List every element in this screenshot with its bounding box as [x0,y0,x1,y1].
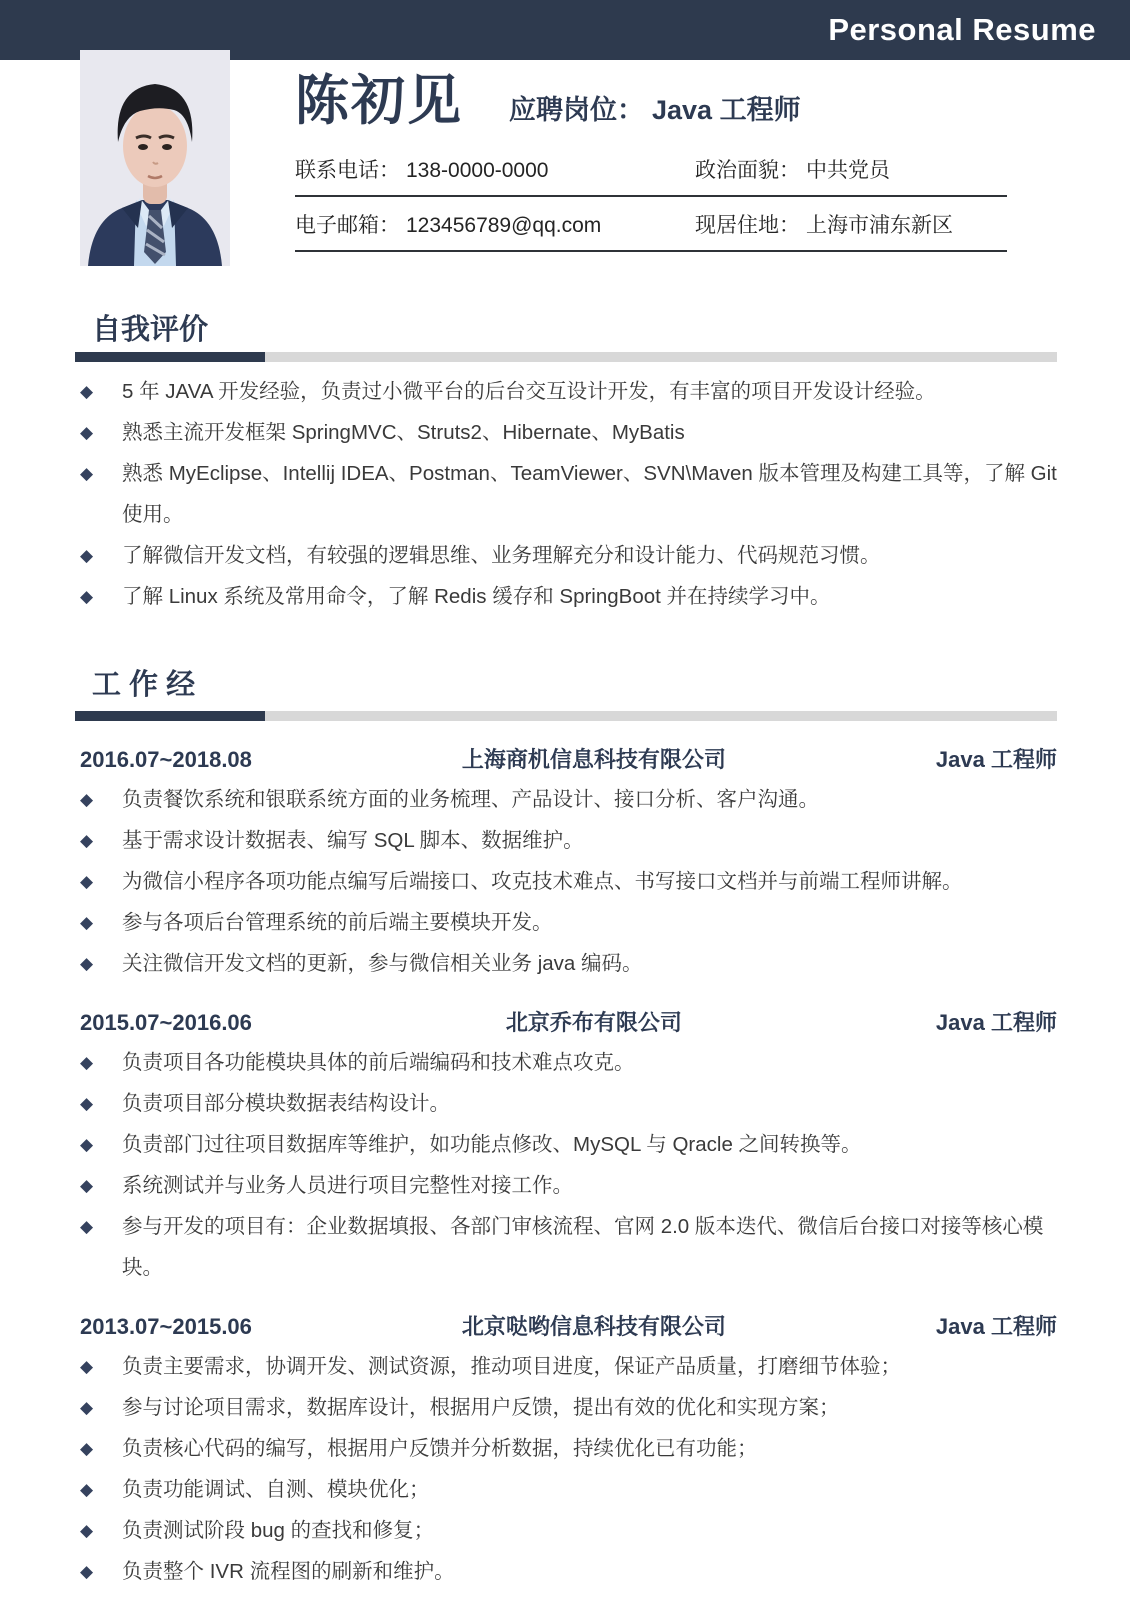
bullet-text: 负责项目各功能模块具体的前后端编码和技术难点攻克。 [122,1051,635,1074]
job-company: 上海商机信息科技有限公司 [462,747,726,773]
job-position: Java 工程师 [936,747,1057,773]
bullet-text: 负责核心代码的编写，根据用户反馈并分析数据，持续优化已有功能； [122,1437,758,1460]
contact-value: 中共党员 [806,159,890,182]
bullet-text: 参与各项后台管理系统的前后端主要模块开发。 [122,911,553,934]
bullet-text: 负责部门过往项目数据库等维护，如功能点修改、MySQL 与 Qracle 之间转… [122,1133,862,1156]
apply-position-value: Java 工程师 [652,95,801,125]
section-title: 工 作 经 [75,669,1057,702]
contact-value: 上海市浦东新区 [806,214,953,237]
list-item: ◆熟悉 MyEclipse、Intellij IDEA、Postman、Team… [75,453,1057,535]
banner-title: Personal Resume [828,12,1096,48]
job-entry: 2015.07~2016.06 北京乔布有限公司 Java 工程师 ◆负责项目各… [75,1010,1057,1288]
diamond-bullet-icon: ◆ [80,1551,93,1592]
list-item: ◆负责项目各功能模块具体的前后端编码和技术难点攻克。 [75,1042,1057,1083]
diamond-bullet-icon: ◆ [80,1469,93,1510]
bullet-text: 负责测试阶段 bug 的查找和修复； [122,1519,434,1542]
job-entry: 2016.07~2018.08 上海商机信息科技有限公司 Java 工程师 ◆负… [75,747,1057,984]
job-duty-list: ◆负责餐饮系统和银联系统方面的业务梳理、产品设计、接口分析、客户沟通。 ◆基于需… [75,779,1057,984]
section-title-bar-accent [75,711,265,721]
list-item: ◆基于需求设计数据表、编写 SQL 脚本、数据维护。 [75,820,1057,861]
bullet-text: 熟悉 MyEclipse、Intellij IDEA、Postman、TeamV… [122,462,1057,526]
list-item: ◆参与各项后台管理系统的前后端主要模块开发。 [75,902,1057,943]
bullet-text: 为微信小程序各项功能点编写后端接口、攻克技术难点、书写接口文档并与前端工程师讲解… [122,870,963,893]
section-title-bar [75,352,1057,362]
list-item: ◆5 年 JAVA 开发经验，负责过小微平台的后台交互设计开发，有丰富的项目开发… [75,371,1057,412]
list-item: ◆负责部门过往项目数据库等维护，如功能点修改、MySQL 与 Qracle 之间… [75,1124,1057,1165]
diamond-bullet-icon: ◆ [80,412,93,453]
diamond-bullet-icon: ◆ [80,1428,93,1469]
diamond-bullet-icon: ◆ [80,576,93,617]
bullet-text: 负责主要需求，协调开发、测试资源，推动项目进度，保证产品质量，打磨细节体验； [122,1355,901,1378]
list-item: ◆负责主要需求，协调开发、测试资源，推动项目进度，保证产品质量，打磨细节体验； [75,1346,1057,1387]
job-company: 北京乔布有限公司 [506,1010,682,1036]
section-work-experience-header: 工 作 经 [75,669,1057,721]
job-company: 北京哒哟信息科技有限公司 [462,1314,726,1340]
contact-field-political-status: 政治面貌：中共党员 [695,157,1007,184]
diamond-bullet-icon: ◆ [80,1042,93,1083]
contact-value: 123456789@qq.com [406,214,601,237]
job-duty-list: ◆负责主要需求，协调开发、测试资源，推动项目进度，保证产品质量，打磨细节体验； … [75,1346,1057,1592]
list-item: ◆系统测试并与业务人员进行项目完整性对接工作。 [75,1165,1057,1206]
diamond-bullet-icon: ◆ [80,1510,93,1551]
contact-info: 联系电话：138-0000-0000 政治面貌：中共党员 电子邮箱：123456… [295,152,1007,252]
job-header: 2015.07~2016.06 北京乔布有限公司 Java 工程师 [75,1010,1057,1036]
contact-value: 138-0000-0000 [406,159,548,182]
profile-photo [80,50,230,266]
bullet-text: 参与开发的项目有：企业数据填报、各部门审核流程、官网 2.0 版本迭代、微信后台… [122,1215,1043,1279]
diamond-bullet-icon: ◆ [80,453,93,494]
contact-label: 政治面貌： [695,159,800,182]
bullet-text: 参与讨论项目需求，数据库设计，根据用户反馈，提出有效的优化和实现方案； [122,1396,840,1419]
bullet-text: 5 年 JAVA 开发经验，负责过小微平台的后台交互设计开发，有丰富的项目开发设… [122,380,936,403]
list-item: ◆负责餐饮系统和银联系统方面的业务梳理、产品设计、接口分析、客户沟通。 [75,779,1057,820]
list-item: ◆负责核心代码的编写，根据用户反馈并分析数据，持续优化已有功能； [75,1428,1057,1469]
contact-label: 电子邮箱： [295,214,400,237]
bullet-text: 负责功能调试、自测、模块优化； [122,1478,430,1501]
list-item: ◆参与开发的项目有：企业数据填报、各部门审核流程、官网 2.0 版本迭代、微信后… [75,1206,1057,1288]
diamond-bullet-icon: ◆ [80,779,93,820]
bullet-text: 了解微信开发文档，有较强的逻辑思维、业务理解充分和设计能力、代码规范习惯。 [122,544,881,567]
list-item: ◆关注微信开发文档的更新，参与微信相关业务 java 编码。 [75,943,1057,984]
diamond-bullet-icon: ◆ [80,943,93,984]
bullet-text: 关注微信开发文档的更新，参与微信相关业务 java 编码。 [122,952,643,975]
contact-field-address: 现居住地：上海市浦东新区 [695,212,1007,239]
contact-label: 现居住地： [695,214,800,237]
job-header: 2013.07~2015.06 北京哒哟信息科技有限公司 Java 工程师 [75,1314,1057,1340]
section-title-bar-accent [75,352,265,362]
diamond-bullet-icon: ◆ [80,861,93,902]
bullet-text: 基于需求设计数据表、编写 SQL 脚本、数据维护。 [122,829,584,852]
diamond-bullet-icon: ◆ [80,1124,93,1165]
diamond-bullet-icon: ◆ [80,1346,93,1387]
list-item: ◆负责项目部分模块数据表结构设计。 [75,1083,1057,1124]
diamond-bullet-icon: ◆ [80,371,93,412]
job-position: Java 工程师 [936,1314,1057,1340]
diamond-bullet-icon: ◆ [80,820,93,861]
job-entry: 2013.07~2015.06 北京哒哟信息科技有限公司 Java 工程师 ◆负… [75,1314,1057,1592]
apply-position: 应聘岗位：Java 工程师 [509,88,801,127]
list-item: ◆了解微信开发文档，有较强的逻辑思维、业务理解充分和设计能力、代码规范习惯。 [75,535,1057,576]
contact-row: 联系电话：138-0000-0000 政治面貌：中共党员 [295,152,1007,197]
job-duty-list: ◆负责项目各功能模块具体的前后端编码和技术难点攻克。 ◆负责项目部分模块数据表结… [75,1042,1057,1288]
diamond-bullet-icon: ◆ [80,1387,93,1428]
contact-label: 联系电话： [295,159,400,182]
list-item: ◆参与讨论项目需求，数据库设计，根据用户反馈，提出有效的优化和实现方案； [75,1387,1057,1428]
section-title: 自我评价 [75,314,1057,347]
bullet-text: 系统测试并与业务人员进行项目完整性对接工作。 [122,1174,573,1197]
self-evaluation-list: ◆5 年 JAVA 开发经验，负责过小微平台的后台交互设计开发，有丰富的项目开发… [75,371,1057,617]
job-position: Java 工程师 [936,1010,1057,1036]
list-item: ◆负责测试阶段 bug 的查找和修复； [75,1510,1057,1551]
job-period: 2013.07~2015.06 [75,1314,252,1340]
bullet-text: 负责项目部分模块数据表结构设计。 [122,1092,450,1115]
bullet-text: 负责整个 IVR 流程图的刷新和维护。 [122,1560,455,1583]
job-header: 2016.07~2018.08 上海商机信息科技有限公司 Java 工程师 [75,747,1057,773]
bullet-text: 了解 Linux 系统及常用命令，了解 Redis 缓存和 SpringBoot… [122,585,831,608]
list-item: ◆负责功能调试、自测、模块优化； [75,1469,1057,1510]
name-row: 陈初见 应聘岗位：Java 工程师 [295,74,1007,128]
list-item: ◆为微信小程序各项功能点编写后端接口、攻克技术难点、书写接口文档并与前端工程师讲… [75,861,1057,902]
profile-photo-illustration [80,50,230,266]
bullet-text: 负责餐饮系统和银联系统方面的业务梳理、产品设计、接口分析、客户沟通。 [122,788,819,811]
bullet-text: 熟悉主流开发框架 SpringMVC、Struts2、Hibernate、MyB… [122,421,685,444]
apply-position-label: 应聘岗位： [509,95,644,125]
job-period: 2016.07~2018.08 [75,747,252,773]
diamond-bullet-icon: ◆ [80,535,93,576]
section-self-evaluation-header: 自我评价 [75,314,1057,362]
list-item: ◆熟悉主流开发框架 SpringMVC、Struts2、Hibernate、My… [75,412,1057,453]
diamond-bullet-icon: ◆ [80,1206,93,1247]
contact-field-email: 电子邮箱：123456789@qq.com [295,212,695,239]
contact-row: 电子邮箱：123456789@qq.com 现居住地：上海市浦东新区 [295,197,1007,252]
candidate-name: 陈初见 [295,74,463,128]
job-period: 2015.07~2016.06 [75,1010,252,1036]
resume-header: 陈初见 应聘岗位：Java 工程师 联系电话：138-0000-0000 政治面… [0,74,1130,276]
resume-body: 自我评价 ◆5 年 JAVA 开发经验，负责过小微平台的后台交互设计开发，有丰富… [75,314,1057,1592]
diamond-bullet-icon: ◆ [80,1083,93,1124]
contact-field-phone: 联系电话：138-0000-0000 [295,157,695,184]
section-title-bar [75,711,1057,721]
diamond-bullet-icon: ◆ [80,902,93,943]
list-item: ◆了解 Linux 系统及常用命令，了解 Redis 缓存和 SpringBoo… [75,576,1057,617]
diamond-bullet-icon: ◆ [80,1165,93,1206]
list-item: ◆负责整个 IVR 流程图的刷新和维护。 [75,1551,1057,1592]
